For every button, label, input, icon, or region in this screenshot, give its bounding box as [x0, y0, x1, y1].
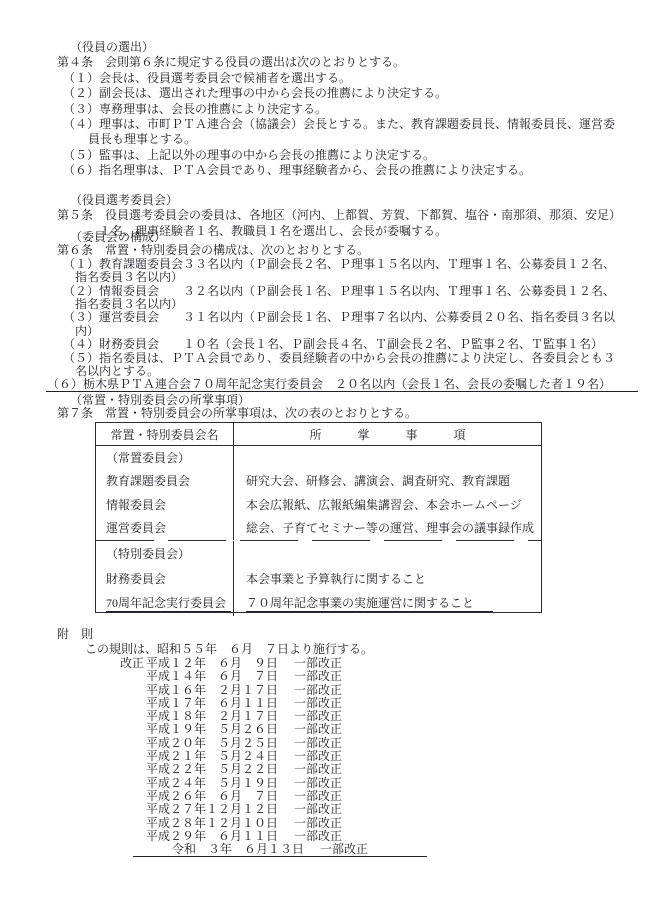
revision-note: 一部改正 — [294, 710, 342, 723]
table-row: 情報委員会 本会広報紙、広報紙編集講習会、本会ホームページ — [96, 493, 541, 517]
revision-note: 一部改正 — [294, 790, 342, 803]
revision-row: 平成２４年 ５月１９日 一部改正 — [57, 777, 427, 790]
document-page: （役員の選出） 第４条 会則第６条に規定する役員の選出は次のとおりとする。 （１… — [0, 0, 645, 912]
article5-line: 第５条 役員選考委員会の委員は、各地区（河内、上都賀、芳賀、下都賀、塩谷・南那須… — [57, 208, 621, 223]
appendix-title: 附 則 — [57, 627, 427, 642]
committee-name: 運営委員会 — [96, 516, 234, 540]
revision-row: 平成２２年 ５月２２日 一部改正 — [57, 763, 427, 776]
article6-line: （４）財務委員会 １０名（会長１名、Ｐ副会長４名、Ｔ副会長２名、Ｐ監事２名、Ｔ監… — [57, 338, 638, 351]
revision-note: 一部改正 — [294, 777, 342, 790]
committee-duty: 本会広報紙、広報紙編集講習会、本会ホームページ — [234, 496, 541, 513]
revision-row-underlined: 令和 ３年 ６月１３日 一部改正 — [133, 843, 427, 857]
revision-note: 一部改正 — [294, 697, 342, 710]
revision-date: 平成１６年 ２月１７日 — [146, 684, 294, 697]
table-row: 教育課題委員会 研究大会、研修会、講演会、調査研究、教育課題 — [96, 469, 541, 493]
revision-row: 平成２７年１２月１２日 一部改正 — [57, 803, 427, 816]
revision-note: 一部改正 — [294, 684, 342, 697]
table-header-row: 常置・特別委員会名 所 掌 事 項 — [96, 423, 541, 446]
article7-line: 第７条 常置・特別委員会の所掌事項は、次の表のとおりとする。 — [57, 407, 417, 420]
section-article-6: （委員会の構成） 第６条 常置・特別委員会の構成は、次のとおりとする。 （１）教… — [57, 231, 638, 392]
table-group-standing: （常置委員会） — [96, 446, 541, 469]
group-label: （特別委員会） — [96, 541, 234, 566]
revision-date: 令和 ３年 ６月１３日 — [172, 843, 320, 856]
table-row: 運営委員会 総会、子育てセミナー等の運営、理事会の議事録作成 — [96, 516, 541, 540]
committee-duty: 本会事業と予算執行に関すること — [234, 570, 541, 587]
committee-duty: 総会、子育てセミナー等の運営、理事会の議事録作成 — [234, 519, 541, 536]
table-header-committee-name: 常置・特別委員会名 — [96, 423, 234, 445]
article6-line: （３）運営委員会 ３１名以内（Ｐ副会長１名、Ｐ理事７名以内、公募委員２０名、指名… — [57, 311, 638, 324]
article4-heading: （役員の選出） — [57, 40, 615, 55]
revision-note: 一部改正 — [294, 750, 342, 763]
revision-note: 一部改正 — [294, 803, 342, 816]
revision-date: 平成２４年 ５月１９日 — [146, 777, 294, 790]
article6-line: （２）情報委員会 ３２名以内（Ｐ副会長１名、Ｐ理事１５名以内、Ｔ理事１名、公募委… — [57, 285, 638, 298]
committee-name: 70周年記念実行委員会 — [106, 594, 231, 612]
section-appendix: 附 則 この規則は、昭和５５年 ６月 ７日より施行する。 改正 平成１２年 ６月… — [57, 627, 427, 857]
revision-date: 平成２８年１２月１０日 — [146, 817, 294, 830]
committee-name: 財務委員会 — [96, 566, 234, 591]
revision-date: 平成２２年 ５月２２日 — [146, 763, 294, 776]
article4-line: （３）専務理事は、会長の推薦により決定する。 — [57, 102, 615, 117]
revision-note: 一部改正 — [294, 763, 342, 776]
article4-line: 第４条 会則第６条に規定する役員の選出は次のとおりとする。 — [57, 55, 615, 70]
article5-heading: （役員選考委員会） — [57, 193, 621, 208]
revision-row: 平成１４年 ６月 ７日 一部改正 — [57, 670, 427, 683]
article6-line: （５）指名委員は、ＰＴＡ会員であり、委員経験者の中から会長の推薦により決定し、各… — [57, 352, 638, 365]
group-label: （常置委員会） — [96, 446, 234, 469]
committee-duty: ７０周年記念事業の実施運営に関すること — [246, 594, 493, 612]
committee-name: 教育課題委員会 — [96, 469, 234, 493]
committee-table: 常置・特別委員会名 所 掌 事 項 （常置委員会） 教育課題委員会 研究大会、研… — [95, 422, 542, 613]
table-group-special: （特別委員会） — [96, 541, 541, 566]
article6-line-underlined: （６）栃木県ＰＴＡ連合会７０周年記念実行委員会 ２０名以内（会長１名、会長の委嘱… — [46, 378, 638, 391]
article6-line: 第６条 常置・特別委員会の構成は、次のとおりとする。 — [57, 244, 638, 257]
table-row: 財務委員会 本会事業と予算執行に関すること — [96, 566, 541, 591]
table-header-duties: 所 掌 事 項 — [234, 426, 541, 443]
revision-row: 平成１９年 ５月２６日 一部改正 — [57, 723, 427, 736]
article4-line: （４）理事は、市町ＰＴＡ連合会（協議会）会長とする。また、教育課題委員長、情報委… — [57, 117, 615, 132]
article6-line: 指名委員３名以内） — [57, 271, 638, 284]
amend-label: 改正 — [120, 657, 146, 670]
committee-name: 情報委員会 — [96, 493, 234, 517]
article4-line: （１）会長は、役員選考委員会で候補者を選出する。 — [57, 71, 615, 86]
article4-line: （２）副会長は、選出された理事の中から会長の推薦により決定する。 — [57, 86, 615, 101]
revision-date: 平成２７年１２月１２日 — [146, 803, 294, 816]
revision-note: 一部改正 — [294, 657, 342, 670]
section-article-7: （常置・特別委員会の所掌事項） 第７条 常置・特別委員会の所掌事項は、次の表のと… — [57, 394, 417, 421]
table-row-underlined: 70周年記念実行委員会 ７０周年記念事業の実施運営に関すること — [96, 591, 541, 616]
revision-date: 平成１４年 ６月 ７日 — [146, 670, 294, 683]
revision-note: 一部改正 — [294, 670, 342, 683]
article4-line: 員長も理事とする。 — [57, 132, 615, 147]
revision-row: 平成２８年１２月１０日 一部改正 — [57, 817, 427, 830]
revision-note: 一部改正 — [294, 817, 342, 830]
section-article-4: （役員の選出） 第４条 会則第６条に規定する役員の選出は次のとおりとする。 （１… — [57, 40, 615, 179]
revision-date: 平成１９年 ５月２６日 — [146, 723, 294, 736]
committee-duty: 研究大会、研修会、講演会、調査研究、教育課題 — [234, 472, 541, 489]
appendix-enacted-line: この規則は、昭和５５年 ６月 ７日より施行する。 — [57, 642, 427, 657]
article4-line: （５）監事は、上記以外の理事の中から会長の推薦により決定する。 — [57, 148, 615, 163]
revision-note: 一部改正 — [294, 723, 342, 736]
revision-note: 一部改正 — [294, 737, 342, 750]
revision-row: 平成１６年 ２月１７日 一部改正 — [57, 684, 427, 697]
revision-note: 一部改正 — [320, 843, 368, 856]
article4-line: （６）指名理事は、ＰＴＡ会員であり、理事経験者から、会長の推薦により決定する。 — [57, 163, 615, 178]
